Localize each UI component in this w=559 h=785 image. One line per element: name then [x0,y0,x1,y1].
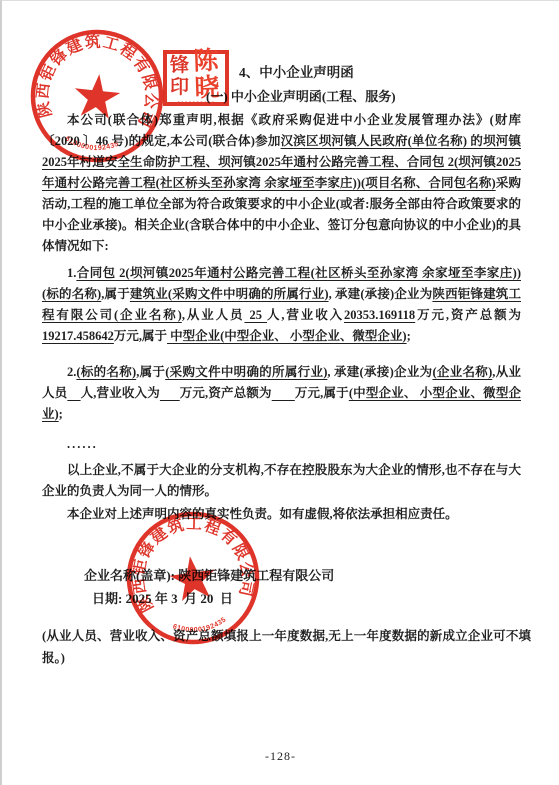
body-text: 万元,资产总额为 [180,386,272,400]
underlined-fill-in-text: 19217.458642 [42,329,114,343]
responsibility-paragraph: 本企业对上述声明内容的真实性负责。如有虚假,将依法承担相应责任。 [42,504,521,525]
seal-carved-chars: 锋 印 [170,55,189,99]
underlined-fill-in-text: (标的名称) [76,365,136,379]
underlined-fill-in-text: 25 [244,308,267,322]
body-text: , 承建(承接)企业为 [327,365,432,379]
body-text: 人,营业收入为 [81,386,160,400]
body-text: 1. [67,266,76,280]
underlined-fill-in-text: (企业名称) [432,365,492,379]
body-text: ; [407,329,411,343]
contract-package-1-paragraph: 1.合同包 2(坝河镇2025年通村公路完善工程(社区桥头至孙家湾 余家垭至李家… [42,263,521,347]
underlined-fill-in-text: (采购文件中明确的所属行业) [165,365,327,379]
underlined-fill-in-text: 中型企业(中型企业、 小型企业、微型企业) [167,329,407,343]
body-text: 万元,属于 [114,329,167,343]
signature-company-line: 企业名称(盖章): 陕西钜锋建筑工程有限公司 [84,564,334,587]
ellipsis-paragraph: ...... [42,434,521,455]
body-text: , 承建(承接)企业为 [329,287,433,301]
declaration-document-page: 4、中小企业声明函 (一) 中小企业声明函(工程、服务) 本公司(联合体)郑重声… [0,0,559,785]
signature-char-xiao: 晓 [194,75,220,103]
seal-char-yin: 印 [170,77,189,99]
contract-package-2-paragraph: 2.(标的名称),属于(采购文件中明确的所属行业), 承建(承接)企业为(企业名… [42,362,521,425]
document-subtitle: (一) 中小企业声明函(工程、服务) [206,86,396,105]
body-paragraphs: 本公司(联合体)郑重声明,根据《政府采购促进中小企业发展管理办法》(财库〔202… [42,110,521,525]
body-text: ,属于 [101,287,130,301]
underlined-fill-in-text: 建筑业(采购文件中明确的所属行业) [130,287,329,301]
body-text: ,从业人员 [182,308,245,322]
underlined-fill-in-text [160,386,180,400]
body-text: ,属于 [136,365,165,379]
body-text: 万元,属于 [295,386,349,400]
signature-char-chen: 陈 [193,48,219,76]
underlined-fill-in-text [67,386,80,400]
personal-name-seal: 锋 印 陈 晓 6103008121 [163,50,229,106]
not-large-enterprise-paragraph: 以上企业,不属于大企业的分支机构,不存在控股股东为大企业的情形,也不存在与大企业… [42,460,521,502]
underlined-fill-in-text [272,386,295,400]
seal-char-feng: 锋 [170,55,189,77]
signature-block: 企业名称(盖章): 陕西钜锋建筑工程有限公司 日期: 2025 年 3 月 20… [84,564,334,610]
body-text: 以上企业,不属于大企业的分支机构,不存在控股股东为大企业的情形,也不存在与大企业… [42,463,521,498]
handwritten-signature: 陈 晓 [193,48,220,103]
body-text: ; [59,407,63,421]
body-text: 本企业对上述声明内容的真实性负责。如有虚假,将依法承担相应责任。 [67,507,458,521]
footnote-text: (从业人员、营业收入、资产总额填报上一年度数据,无上一年度数据的新成立企业可不填… [42,625,531,669]
declaration-intro-paragraph: 本公司(联合体)郑重声明,根据《政府采购促进中小企业发展管理办法》(财库〔202… [42,110,521,257]
body-text: 2. [67,365,76,379]
document-title: 4、中小企业声明函 [239,61,354,81]
page-number: -128- [2,749,559,764]
square-seal-code: 6103008121 [165,102,227,108]
signature-date-line: 日期: 2025 年 3 月 20 日 [92,587,334,610]
body-text: 人,营业收入 [267,308,344,322]
body-text: ...... [67,437,98,451]
body-text: 万元,资产总额为 [415,308,521,322]
underlined-fill-in-text: 20353.169118 [344,308,415,322]
